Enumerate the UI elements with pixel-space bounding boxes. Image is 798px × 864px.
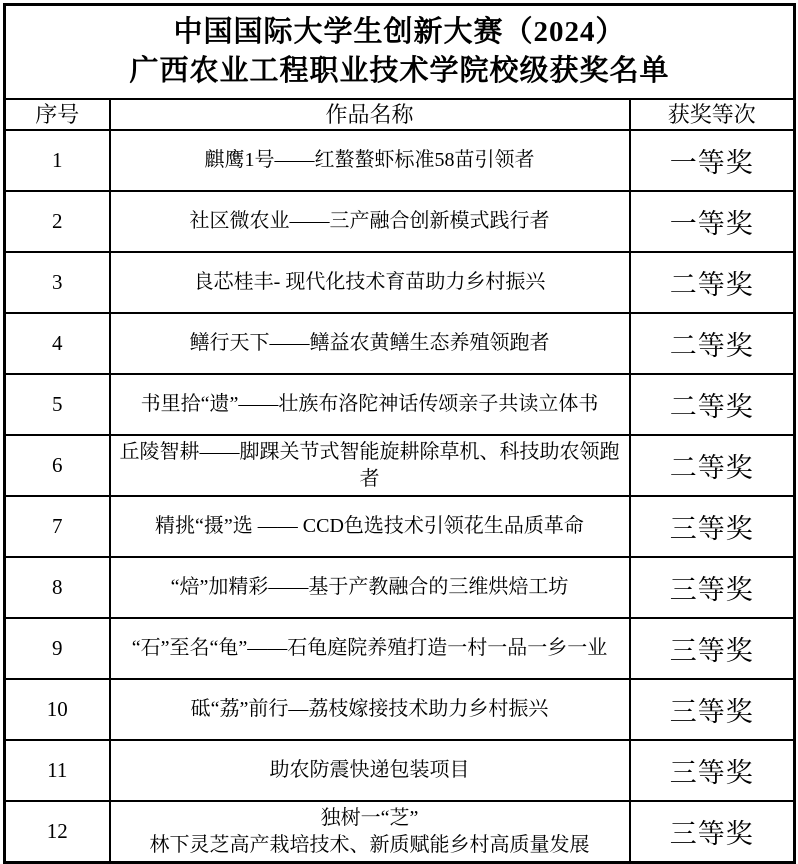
table-row: 8 “焙”加精彩——基于产教融合的三维烘焙工坊 三等奖 bbox=[5, 557, 795, 618]
header-index: 序号 bbox=[5, 99, 110, 130]
index-cell: 11 bbox=[5, 740, 110, 801]
award-level-cell: 三等奖 bbox=[630, 496, 795, 557]
award-level-cell: 三等奖 bbox=[630, 557, 795, 618]
index-cell: 1 bbox=[5, 130, 110, 191]
work-name-cell: 丘陵智耕——脚踝关节式智能旋耕除草机、科技助农领跑者 bbox=[110, 435, 630, 496]
index-cell: 8 bbox=[5, 557, 110, 618]
index-cell: 2 bbox=[5, 191, 110, 252]
table-row: 12 独树一“芝” 林下灵芝高产栽培技术、新质赋能乡村高质量发展 三等奖 bbox=[5, 801, 795, 863]
award-level-cell: 三等奖 bbox=[630, 679, 795, 740]
index-cell: 3 bbox=[5, 252, 110, 313]
award-level-cell: 二等奖 bbox=[630, 313, 795, 374]
award-level-cell: 三等奖 bbox=[630, 801, 795, 863]
table-row: 11 助农防震快递包装项目 三等奖 bbox=[5, 740, 795, 801]
table-row: 9 “石”至名“龟”——石龟庭院养殖打造一村一品一乡一业 三等奖 bbox=[5, 618, 795, 679]
header-award-level: 获奖等次 bbox=[630, 99, 795, 130]
table-row: 7 精挑“摄”选 —— CCD色选技术引领花生品质革命 三等奖 bbox=[5, 496, 795, 557]
award-level-cell: 二等奖 bbox=[630, 435, 795, 496]
title-row: 中国国际大学生创新大赛（2024） 广西农业工程职业技术学院校级获奖名单 bbox=[5, 5, 795, 100]
work-name-cell: 书里拾“遗”——壮族布洛陀神话传颂亲子共读立体书 bbox=[110, 374, 630, 435]
header-work-name: 作品名称 bbox=[110, 99, 630, 130]
table-row: 10 砥“荔”前行—荔枝嫁接技术助力乡村振兴 三等奖 bbox=[5, 679, 795, 740]
award-level-cell: 一等奖 bbox=[630, 130, 795, 191]
title-line-2: 广西农业工程职业技术学院校级获奖名单 bbox=[6, 52, 793, 91]
index-cell: 6 bbox=[5, 435, 110, 496]
table-row: 3 良芯桂丰- 现代化技术育苗助力乡村振兴 二等奖 bbox=[5, 252, 795, 313]
award-table: 中国国际大学生创新大赛（2024） 广西农业工程职业技术学院校级获奖名单 序号 … bbox=[3, 3, 796, 864]
index-cell: 4 bbox=[5, 313, 110, 374]
index-cell: 9 bbox=[5, 618, 110, 679]
award-level-cell: 二等奖 bbox=[630, 374, 795, 435]
page-title: 中国国际大学生创新大赛（2024） 广西农业工程职业技术学院校级获奖名单 bbox=[5, 5, 795, 100]
table-body: 1 麒鹰1号——红螯螯虾标准58苗引领者 一等奖 2 社区微农业——三产融合创新… bbox=[5, 130, 795, 863]
award-level-cell: 二等奖 bbox=[630, 252, 795, 313]
title-line-1: 中国国际大学生创新大赛（2024） bbox=[6, 13, 793, 52]
work-name-cell: 鳝行天下——鳝益农黄鳝生态养殖领跑者 bbox=[110, 313, 630, 374]
table-row: 2 社区微农业——三产融合创新模式践行者 一等奖 bbox=[5, 191, 795, 252]
table-row: 4 鳝行天下——鳝益农黄鳝生态养殖领跑者 二等奖 bbox=[5, 313, 795, 374]
work-name-cell: 精挑“摄”选 —— CCD色选技术引领花生品质革命 bbox=[110, 496, 630, 557]
award-level-cell: 三等奖 bbox=[630, 740, 795, 801]
index-cell: 5 bbox=[5, 374, 110, 435]
work-name-cell: 良芯桂丰- 现代化技术育苗助力乡村振兴 bbox=[110, 252, 630, 313]
document-sheet: 中国国际大学生创新大赛（2024） 广西农业工程职业技术学院校级获奖名单 序号 … bbox=[0, 0, 798, 826]
award-level-cell: 一等奖 bbox=[630, 191, 795, 252]
table-row: 1 麒鹰1号——红螯螯虾标准58苗引领者 一等奖 bbox=[5, 130, 795, 191]
table-row: 6 丘陵智耕——脚踝关节式智能旋耕除草机、科技助农领跑者 二等奖 bbox=[5, 435, 795, 496]
work-name-cell: 砥“荔”前行—荔枝嫁接技术助力乡村振兴 bbox=[110, 679, 630, 740]
work-name-cell: 社区微农业——三产融合创新模式践行者 bbox=[110, 191, 630, 252]
index-cell: 10 bbox=[5, 679, 110, 740]
index-cell: 12 bbox=[5, 801, 110, 863]
work-name-cell: “焙”加精彩——基于产教融合的三维烘焙工坊 bbox=[110, 557, 630, 618]
work-name-cell: 助农防震快递包装项目 bbox=[110, 740, 630, 801]
work-name-cell: “石”至名“龟”——石龟庭院养殖打造一村一品一乡一业 bbox=[110, 618, 630, 679]
index-cell: 7 bbox=[5, 496, 110, 557]
table-row: 5 书里拾“遗”——壮族布洛陀神话传颂亲子共读立体书 二等奖 bbox=[5, 374, 795, 435]
award-level-cell: 三等奖 bbox=[630, 618, 795, 679]
work-name-cell: 麒鹰1号——红螯螯虾标准58苗引领者 bbox=[110, 130, 630, 191]
work-name-cell: 独树一“芝” 林下灵芝高产栽培技术、新质赋能乡村高质量发展 bbox=[110, 801, 630, 863]
table-header-row: 序号 作品名称 获奖等次 bbox=[5, 99, 795, 130]
